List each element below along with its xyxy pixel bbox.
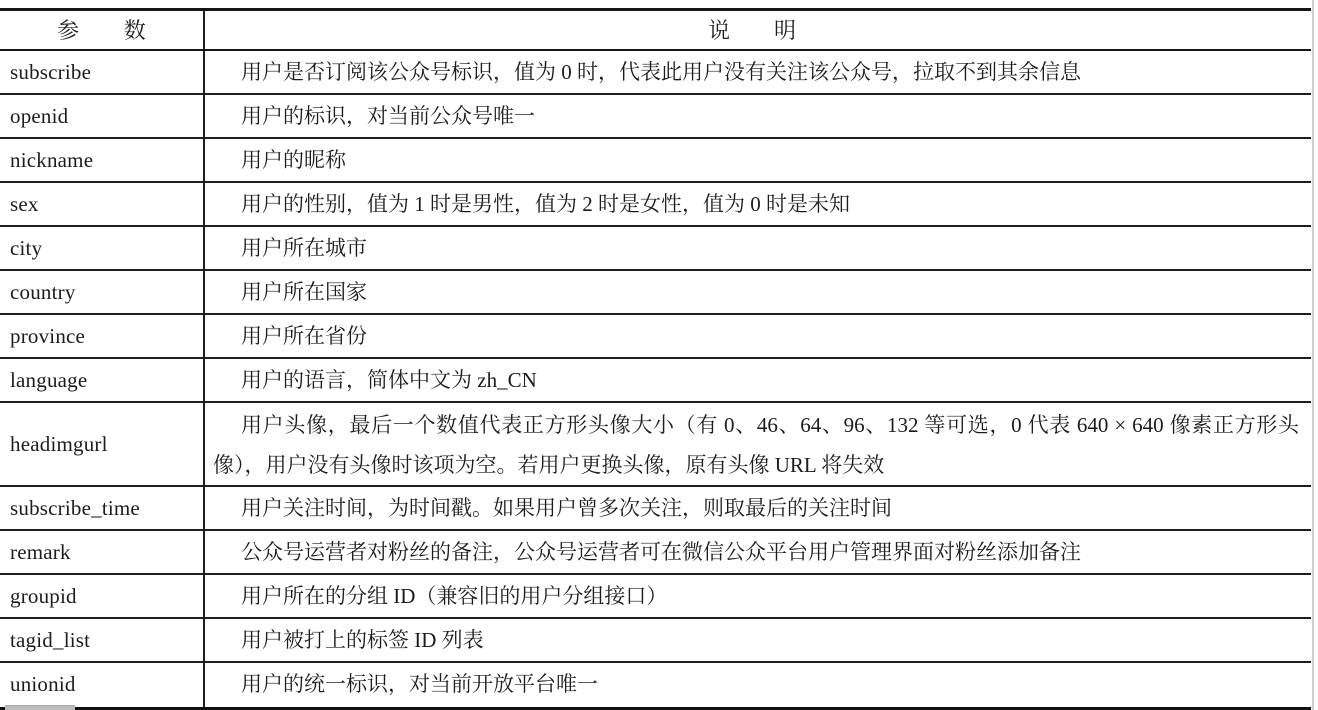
desc-cell: 用户是否订阅该公众号标识，值为 0 时，代表此用户没有关注该公众号，拉取不到其余… [205, 51, 1311, 93]
desc-cell: 用户被打上的标签 ID 列表 [205, 619, 1311, 661]
table-row: province 用户所在省份 [0, 315, 1311, 359]
desc-cell: 用户关注时间，为时间戳。如果用户曾多次关注，则取最后的关注时间 [205, 487, 1311, 529]
desc-cell: 用户头像，最后一个数值代表正方形头像大小（有 0、46、64、96、132 等可… [205, 403, 1311, 485]
table-row: subscribe_time 用户关注时间，为时间戳。如果用户曾多次关注，则取最… [0, 487, 1311, 531]
table-row: language 用户的语言，简体中文为 zh_CN [0, 359, 1311, 403]
table-row: unionid 用户的统一标识，对当前开放平台唯一 [0, 663, 1311, 707]
page-edge-line [1312, 0, 1314, 710]
scanned-page: 参 数 说 明 subscribe 用户是否订阅该公众号标识，值为 0 时，代表… [0, 0, 1318, 710]
desc-column-header: 说 明 [205, 11, 1311, 49]
param-cell: city [0, 227, 205, 269]
desc-cell: 用户的性别，值为 1 时是男性，值为 2 时是女性，值为 0 时是未知 [205, 183, 1311, 225]
desc-cell: 用户的标识，对当前公众号唯一 [205, 95, 1311, 137]
param-cell: unionid [0, 663, 205, 707]
table-row: country 用户所在国家 [0, 271, 1311, 315]
table-row: city 用户所在城市 [0, 227, 1311, 271]
param-cell: province [0, 315, 205, 357]
desc-cell: 用户所在城市 [205, 227, 1311, 269]
table-row: headimgurl 用户头像，最后一个数值代表正方形头像大小（有 0、46、6… [0, 403, 1311, 487]
param-cell: subscribe_time [0, 487, 205, 529]
desc-cell: 用户所在的分组 ID（兼容旧的用户分组接口） [205, 575, 1311, 617]
desc-cell: 用户的语言，简体中文为 zh_CN [205, 359, 1311, 401]
table-row: remark 公众号运营者对粉丝的备注，公众号运营者可在微信公众平台用户管理界面… [0, 531, 1311, 575]
desc-cell: 用户所在省份 [205, 315, 1311, 357]
table-row: groupid 用户所在的分组 ID（兼容旧的用户分组接口） [0, 575, 1311, 619]
param-cell: language [0, 359, 205, 401]
param-cell: subscribe [0, 51, 205, 93]
desc-cell: 用户的昵称 [205, 139, 1311, 181]
param-cell: sex [0, 183, 205, 225]
param-column-header: 参 数 [0, 11, 205, 49]
params-table: 参 数 说 明 subscribe 用户是否订阅该公众号标识，值为 0 时，代表… [0, 8, 1311, 710]
desc-cell: 用户所在国家 [205, 271, 1311, 313]
param-cell: remark [0, 531, 205, 573]
table-row: nickname 用户的昵称 [0, 139, 1311, 183]
table-row: tagid_list 用户被打上的标签 ID 列表 [0, 619, 1311, 663]
param-cell: groupid [0, 575, 205, 617]
param-cell: country [0, 271, 205, 313]
desc-cell: 用户的统一标识，对当前开放平台唯一 [205, 663, 1311, 707]
param-cell: openid [0, 95, 205, 137]
param-cell: nickname [0, 139, 205, 181]
table-row: openid 用户的标识，对当前公众号唯一 [0, 95, 1311, 139]
param-cell: tagid_list [0, 619, 205, 661]
table-header-row: 参 数 说 明 [0, 11, 1311, 51]
param-cell: headimgurl [0, 403, 205, 485]
table-row: sex 用户的性别，值为 1 时是男性，值为 2 时是女性，值为 0 时是未知 [0, 183, 1311, 227]
desc-cell: 公众号运营者对粉丝的备注，公众号运营者可在微信公众平台用户管理界面对粉丝添加备注 [205, 531, 1311, 573]
table-row: subscribe 用户是否订阅该公众号标识，值为 0 时，代表此用户没有关注该… [0, 51, 1311, 95]
cropped-element-fragment [5, 705, 75, 710]
